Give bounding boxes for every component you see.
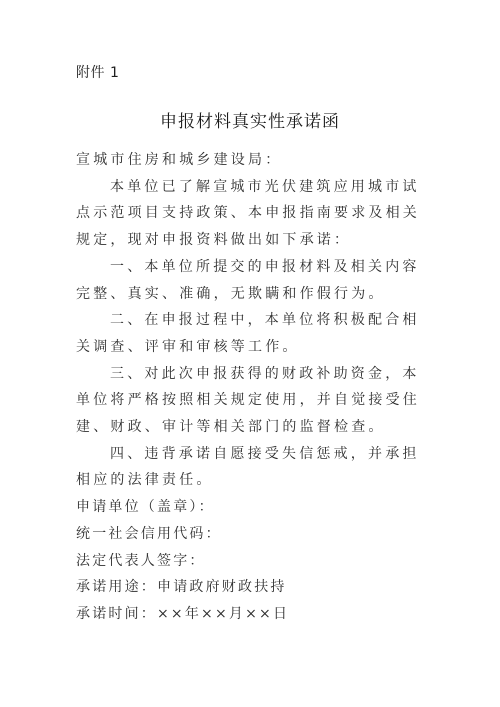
paragraph-commitment-3: 三、对此次申报获得的财政补助资金，本单位将严格按照相关规定使用，并自觉接受住建、…	[76, 361, 426, 441]
salutation: 宣城市住房和城乡建设局：	[76, 147, 426, 174]
paragraph-intro: 本单位已了解宣城市光伏建筑应用城市试点示范项目支持政策、本申报指南要求及相关规定…	[76, 174, 426, 254]
attachment-label: 附件 1	[76, 64, 119, 82]
document-title: 申报材料真实性承诺函	[0, 111, 500, 133]
field-date: 承诺时间：××年××月××日	[76, 601, 426, 628]
field-credit-code: 统一社会信用代码：	[76, 521, 426, 548]
paragraph-commitment-1: 一、本单位所提交的申报材料及相关内容完整、真实、准确，无欺瞒和作假行为。	[76, 254, 426, 307]
document-page: 附件 1 申报材料真实性承诺函 宣城市住房和城乡建设局： 本单位已了解宣城市光伏…	[0, 0, 500, 707]
field-applicant-unit: 申请单位（盖章）：	[76, 494, 426, 521]
field-purpose: 承诺用途：申请政府财政扶持	[76, 574, 426, 601]
field-legal-rep-signature: 法定代表人签字：	[76, 548, 426, 575]
document-body: 宣城市住房和城乡建设局： 本单位已了解宣城市光伏建筑应用城市试点示范项目支持政策…	[76, 147, 426, 628]
paragraph-commitment-4: 四、违背承诺自愿接受失信惩戒，并承担相应的法律责任。	[76, 441, 426, 494]
paragraph-commitment-2: 二、在申报过程中，本单位将积极配合相关调查、评审和审核等工作。	[76, 307, 426, 360]
